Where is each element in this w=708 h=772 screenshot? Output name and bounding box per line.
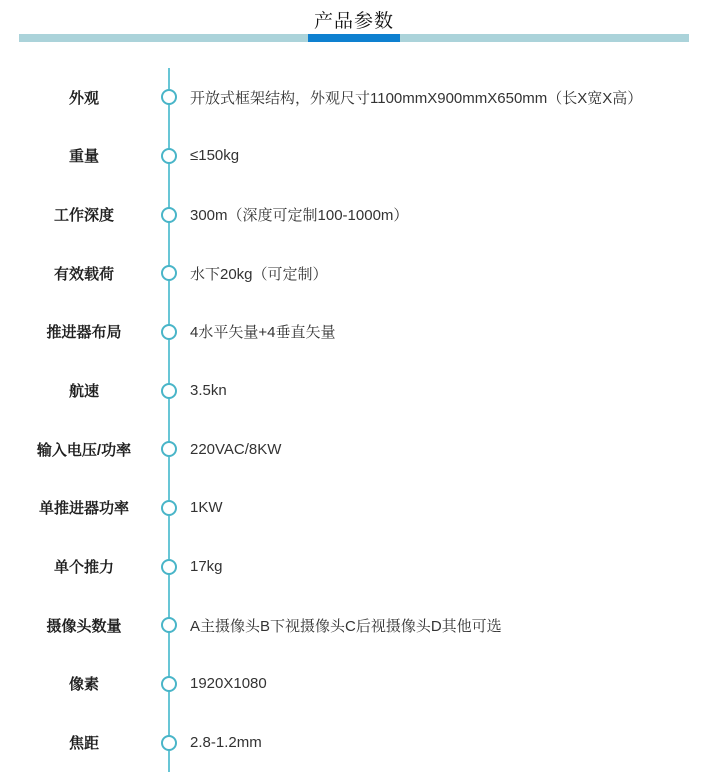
page-title: 产品参数 [0,9,708,34]
timeline-node-icon [161,383,177,399]
timeline-node-icon [161,89,177,105]
parameter-value: 4水平矢量+4垂直矢量 [190,321,335,342]
parameter-value: 1920X1080 [190,675,267,692]
timeline-node-icon [161,148,177,164]
parameter-value: 17kg [190,558,223,575]
header: 产品参数 [0,0,708,42]
parameter-label: 摄像头数量 [0,615,168,636]
parameter-row: 工作深度 300m（深度可定制100-1000m） [0,185,708,244]
parameter-row: 摄像头数量 A主摄像头B下视摄像头C后视摄像头D其他可选 [0,596,708,655]
title-divider-bar [19,34,689,42]
timeline-node-icon [161,559,177,575]
parameter-label: 单推进器功率 [0,497,168,518]
product-parameters-page: 产品参数 外观 开放式框架结构，外观尺寸1100mmX900mmX650mm（长… [0,0,708,772]
timeline-node-icon [161,676,177,692]
parameter-timeline: 外观 开放式框架结构，外观尺寸1100mmX900mmX650mm（长X宽X高）… [0,68,708,772]
parameter-row: 单推进器功率 1KW [0,479,708,538]
parameter-label: 输入电压/功率 [0,439,168,460]
parameter-value: 3.5kn [190,382,227,399]
timeline-node-icon [161,735,177,751]
parameter-label: 单个推力 [0,556,168,577]
parameter-value: 2.8-1.2mm [190,734,262,751]
parameter-value: 1KW [190,499,223,516]
parameter-label: 外观 [0,87,168,108]
parameter-rows: 外观 开放式框架结构，外观尺寸1100mmX900mmX650mm（长X宽X高）… [0,68,708,772]
parameter-row: 焦距 2.8-1.2mm [0,713,708,772]
parameter-row: 外观 开放式框架结构，外观尺寸1100mmX900mmX650mm（长X宽X高） [0,68,708,127]
timeline-node-icon [161,500,177,516]
timeline-node-icon [161,441,177,457]
parameter-row: 输入电压/功率 220VAC/8KW [0,420,708,479]
parameter-label: 航速 [0,380,168,401]
parameter-value: 220VAC/8KW [190,441,281,458]
parameter-label: 重量 [0,145,168,166]
timeline-node-icon [161,617,177,633]
parameter-row: 单个推力 17kg [0,537,708,596]
parameter-row: 重量 ≤150kg [0,127,708,186]
timeline-node-icon [161,265,177,281]
parameter-label: 像素 [0,673,168,694]
parameter-label: 推进器布局 [0,321,168,342]
parameter-value: 300m（深度可定制100-1000m） [190,204,408,225]
parameter-label: 焦距 [0,732,168,753]
title-underline-accent [308,34,400,42]
parameter-row: 有效载荷 水下20kg（可定制） [0,244,708,303]
parameter-row: 像素 1920X1080 [0,655,708,714]
parameter-value: A主摄像头B下视摄像头C后视摄像头D其他可选 [190,615,502,636]
parameter-row: 推进器布局 4水平矢量+4垂直矢量 [0,303,708,362]
parameter-row: 航速 3.5kn [0,361,708,420]
parameter-value: ≤150kg [190,147,239,164]
parameter-label: 工作深度 [0,204,168,225]
timeline-node-icon [161,324,177,340]
parameter-value: 水下20kg（可定制） [190,263,328,284]
parameter-value: 开放式框架结构，外观尺寸1100mmX900mmX650mm（长X宽X高） [190,87,642,108]
timeline-node-icon [161,207,177,223]
parameter-label: 有效载荷 [0,263,168,284]
